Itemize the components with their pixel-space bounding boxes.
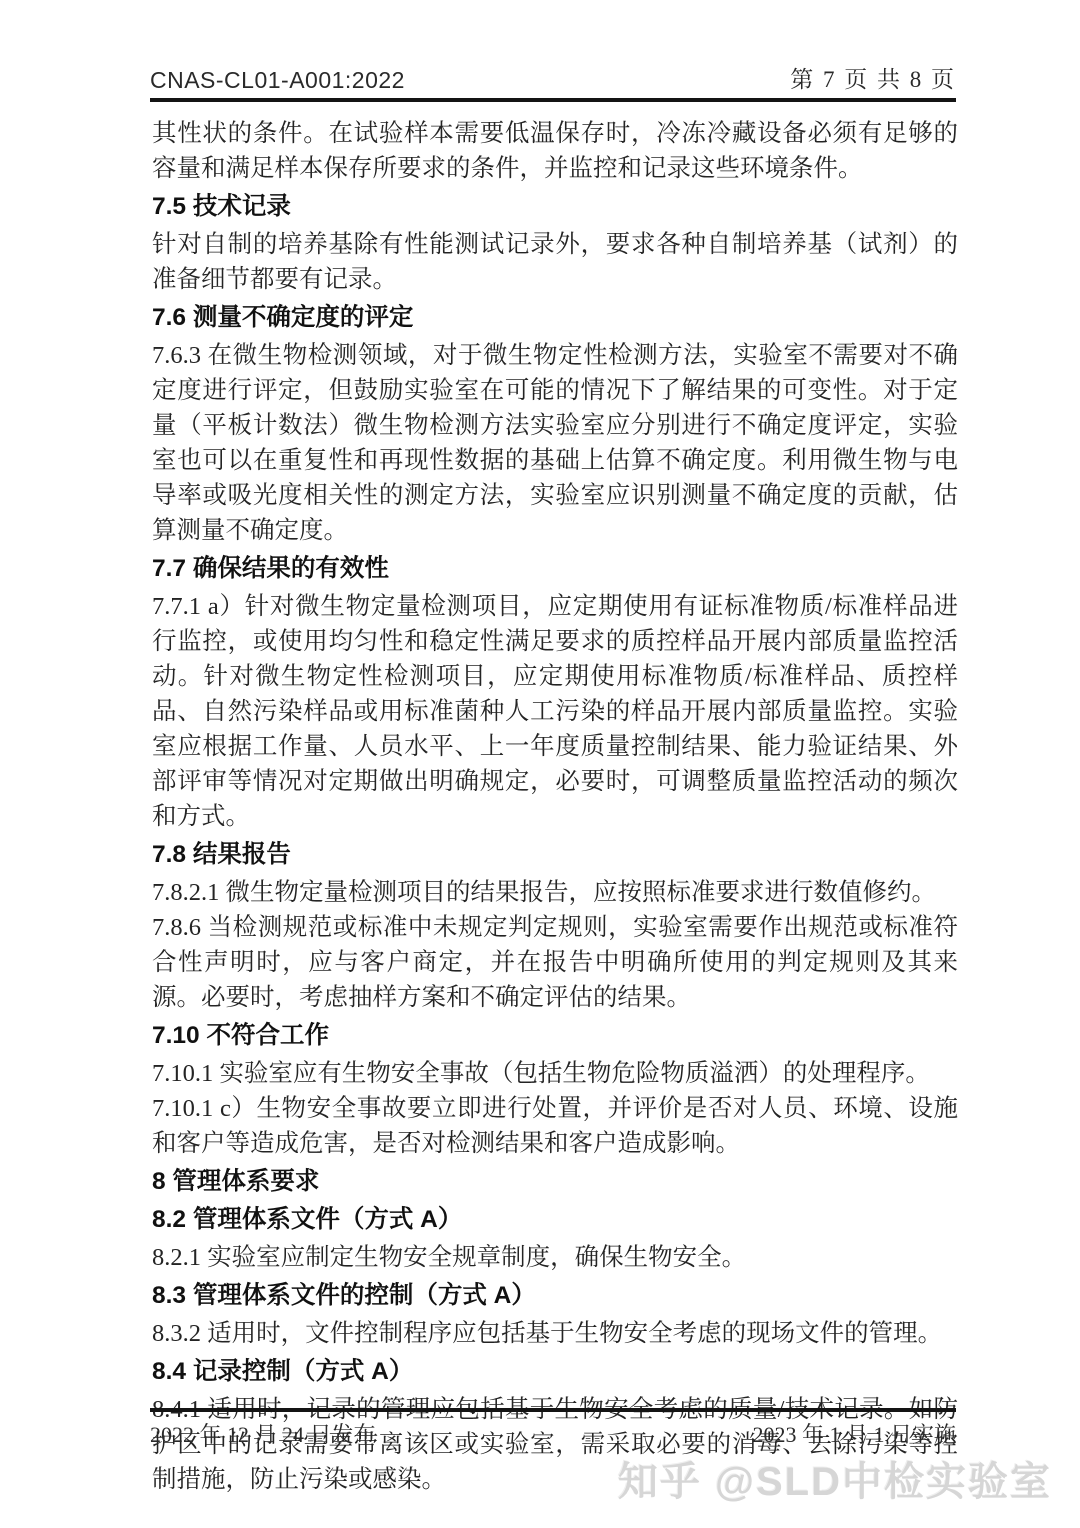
body-paragraph: 针对自制的培养基除有性能测试记录外，要求各种自制培养基（试剂）的准备细节都要有记… <box>152 227 958 297</box>
section-heading-8-3: 8.3 管理体系文件的控制（方式 A） <box>152 1278 958 1313</box>
document-page: CNAS-CL01-A001:2022 第 7 页 共 8 页 其性状的条件。在… <box>0 0 1080 1528</box>
body-paragraph: 7.6.3 在微生物检测领域，对于微生物定性检测方法，实验室不需要对不确定度进行… <box>152 338 958 548</box>
section-heading-8-2: 8.2 管理体系文件（方式 A） <box>152 1202 958 1237</box>
body-paragraph: 7.7.1 a）针对微生物定量检测项目，应定期使用有证标准物质/标准样品进行监控… <box>152 589 958 834</box>
document-body: 其性状的条件。在试验样本需要低温保存时，冷冻冷藏设备必须有足够的容量和满足样本保… <box>152 116 958 1497</box>
section-heading-7-6: 7.6 测量不确定度的评定 <box>152 300 958 335</box>
body-paragraph: 8.3.2 适用时，文件控制程序应包括基于生物安全考虑的现场文件的管理。 <box>152 1316 958 1351</box>
body-paragraph: 8.2.1 实验室应制定生物安全规章制度，确保生物安全。 <box>152 1240 958 1275</box>
issue-date: 2022 年 12 月 24 日发布 <box>150 1418 376 1449</box>
zhihu-watermark: 知乎 @SLD中检实验室 <box>618 1450 1052 1507</box>
section-heading-7-8: 7.8 结果报告 <box>152 837 958 872</box>
body-paragraph: 其性状的条件。在试验样本需要低温保存时，冷冻冷藏设备必须有足够的容量和满足样本保… <box>152 116 958 186</box>
section-heading-7-5: 7.5 技术记录 <box>152 189 958 224</box>
section-heading-7-7: 7.7 确保结果的有效性 <box>152 551 958 586</box>
page-header: CNAS-CL01-A001:2022 第 7 页 共 8 页 <box>150 70 956 102</box>
standard-number: CNAS-CL01-A001:2022 <box>150 67 405 94</box>
body-paragraph: 7.10.1 c）生物安全事故要立即进行处置，并评价是否对人员、环境、设施和客户… <box>152 1091 958 1161</box>
page-footer: 2022 年 12 月 24 日发布 2023 年 1 月 1 日实施 <box>150 1408 956 1449</box>
section-heading-8: 8 管理体系要求 <box>152 1164 958 1199</box>
section-heading-7-10: 7.10 不符合工作 <box>152 1018 958 1053</box>
body-paragraph: 7.8.2.1 微生物定量检测项目的结果报告，应按照标准要求进行数值修约。 <box>152 875 958 910</box>
implementation-date: 2023 年 1 月 1 日实施 <box>752 1418 956 1449</box>
page-number-info: 第 7 页 共 8 页 <box>790 61 956 94</box>
body-paragraph: 7.8.6 当检测规范或标准中未规定判定规则，实验室需要作出规范或标准符合性声明… <box>152 910 958 1015</box>
section-heading-8-4: 8.4 记录控制（方式 A） <box>152 1354 958 1389</box>
body-paragraph: 7.10.1 实验室应有生物安全事故（包括生物危险物质溢洒）的处理程序。 <box>152 1056 958 1091</box>
